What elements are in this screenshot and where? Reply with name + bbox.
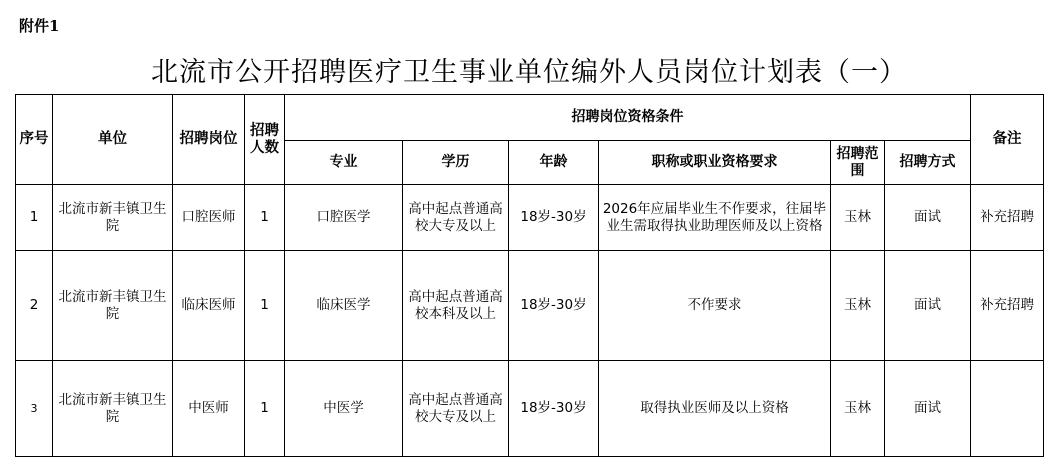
cell-age: 18岁-30岁: [509, 361, 599, 457]
attachment-label: 附件1: [19, 15, 59, 36]
cell-method: 面试: [885, 185, 971, 251]
cell-education: 高中起点普通高校本科及以上: [403, 251, 509, 361]
cell-age: 18岁-30岁: [509, 185, 599, 251]
cell-major: 临床医学: [285, 251, 403, 361]
cell-major: 口腔医学: [285, 185, 403, 251]
table-row: 3 北流市新丰镇卫生院 中医师 1 中医学 高中起点普通高校大专及以上 18岁-…: [16, 361, 1044, 457]
header-count: 招聘人数: [245, 95, 285, 185]
cell-qualification: 取得执业医师及以上资格: [599, 361, 831, 457]
cell-count: 1: [245, 251, 285, 361]
header-method: 招聘方式: [885, 141, 971, 185]
recruitment-plan-table: 序号 单位 招聘岗位 招聘人数 招聘岗位资格条件 备注 专业 学历 年龄 职称或…: [15, 94, 1044, 457]
cell-qualification: 不作要求: [599, 251, 831, 361]
cell-post: 临床医师: [173, 251, 245, 361]
cell-count: 1: [245, 361, 285, 457]
cell-remark: 补充招聘: [971, 251, 1044, 361]
cell-education: 高中起点普通高校大专及以上: [403, 361, 509, 457]
cell-remark: [971, 361, 1044, 457]
table-row: 1 北流市新丰镇卫生院 口腔医师 1 口腔医学 高中起点普通高校大专及以上 18…: [16, 185, 1044, 251]
cell-age: 18岁-30岁: [509, 251, 599, 361]
cell-post: 中医师: [173, 361, 245, 457]
table-row: 2 北流市新丰镇卫生院 临床医师 1 临床医学 高中起点普通高校本科及以上 18…: [16, 251, 1044, 361]
cell-unit: 北流市新丰镇卫生院: [53, 361, 173, 457]
cell-seq: 2: [16, 251, 53, 361]
document-title: 北流市公开招聘医疗卫生事业单位编外人员岗位计划表（一）: [0, 50, 1058, 89]
header-age: 年龄: [509, 141, 599, 185]
header-post: 招聘岗位: [173, 95, 245, 185]
header-major: 专业: [285, 141, 403, 185]
cell-education: 高中起点普通高校大专及以上: [403, 185, 509, 251]
cell-seq: 3: [16, 361, 53, 457]
cell-major: 中医学: [285, 361, 403, 457]
header-remark: 备注: [971, 95, 1044, 185]
cell-seq: 1: [16, 185, 53, 251]
header-education: 学历: [403, 141, 509, 185]
cell-scope: 玉林: [831, 361, 885, 457]
cell-qualification: 2026年应届毕业生不作要求，往届毕业生需取得执业助理医师及以上资格: [599, 185, 831, 251]
cell-unit: 北流市新丰镇卫生院: [53, 251, 173, 361]
cell-post: 口腔医师: [173, 185, 245, 251]
cell-scope: 玉林: [831, 251, 885, 361]
cell-unit: 北流市新丰镇卫生院: [53, 185, 173, 251]
header-seq: 序号: [16, 95, 53, 185]
header-conditions-group: 招聘岗位资格条件: [285, 95, 971, 141]
cell-remark: 补充招聘: [971, 185, 1044, 251]
header-qualification: 职称或职业资格要求: [599, 141, 831, 185]
cell-method: 面试: [885, 251, 971, 361]
header-unit: 单位: [53, 95, 173, 185]
cell-count: 1: [245, 185, 285, 251]
cell-scope: 玉林: [831, 185, 885, 251]
cell-method: 面试: [885, 361, 971, 457]
header-scope: 招聘范围: [831, 141, 885, 185]
